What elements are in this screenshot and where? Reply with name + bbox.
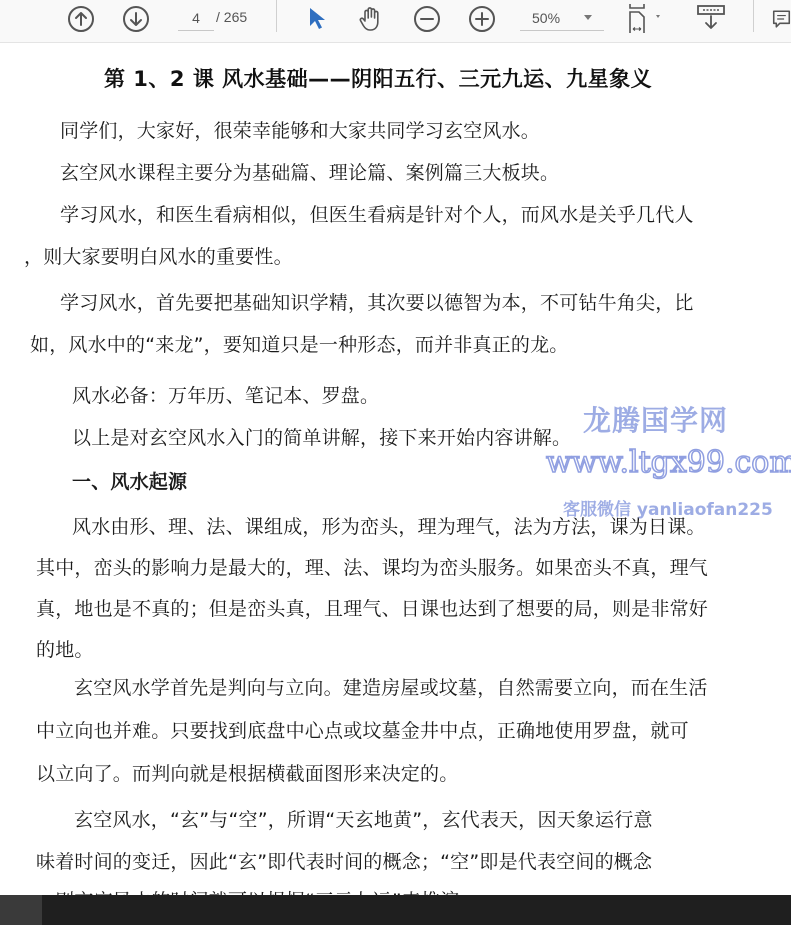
zoom-out-button[interactable] [412,4,442,34]
select-tool-button[interactable] [302,4,332,34]
zoom-in-button[interactable] [467,4,497,34]
paragraph-line: 学习风水，首先要把基础知识学精，其次要以德智为本，不可钻牛角尖，比 [60,288,694,315]
paragraph-line: 同学们，大家好，很荣幸能够和大家共同学习玄空风水。 [60,116,540,143]
taskbar [0,895,791,925]
paragraph-line: 真，地也是不真的；但是峦头真，且理气、日课也达到了想要的局，则是非常好 [36,594,708,621]
minus-circle-icon [413,5,441,33]
fit-page-button[interactable] [624,4,668,34]
toolbar-divider [753,0,754,32]
watermark-url: www.ltgx99.com [546,445,791,480]
comment-button[interactable] [772,4,791,34]
page-total-label: / 265 [216,9,247,25]
paragraph-line: 如，风水中的“来龙”，要知道只是一种形态，而并非真正的龙。 [30,330,569,357]
watermark-site-name: 龙腾国学网 [583,399,728,439]
hand-icon [357,5,385,33]
cursor-arrow-icon [306,6,328,32]
paragraph-line: 玄空风水学首先是判向与立向。建造房屋或坟墓，自然需要立向，而在生活 [74,673,708,700]
document-page: 第 1、2 课 风水基础——阴阳五行、三元九运、九星象义 同学们，大家好，很荣幸… [0,43,791,895]
arrow-down-circle-icon [122,5,150,33]
fit-width-icon [624,3,668,35]
taskbar-item[interactable] [0,895,42,925]
paragraph-line: 味着时间的变迁，因此“玄”即代表时间的概念；“空”即是代表空间的概念 [36,847,652,874]
comment-icon [772,6,791,32]
hand-tool-button[interactable] [356,4,386,34]
download-button[interactable] [694,4,728,34]
zoom-level-dropdown[interactable]: 50% [520,6,604,31]
paragraph-line: 其中，峦头的影响力是最大的，理、法、课均为峦头服务。如果峦头不真，理气 [36,553,708,580]
download-tray-icon [695,4,727,34]
page-number-input[interactable] [178,6,214,31]
arrow-up-circle-icon [67,5,95,33]
paragraph-line: 以上是对玄空风水入门的简单讲解，接下来开始内容讲解。 [72,423,571,450]
chevron-down-icon [584,15,592,20]
previous-page-button[interactable] [66,4,96,34]
paragraph-line: 以立向了。而判向就是根据横截面图形来决定的。 [36,759,458,786]
paragraph-line: 玄空风水课程主要分为基础篇、理论篇、案例篇三大板块。 [60,158,559,185]
paragraph-line: 学习风水，和医生看病相似，但医生看病是针对个人，而风水是关乎几代人 [60,200,694,227]
paragraph-line: 风水必备：万年历、笔记本、罗盘。 [72,381,379,408]
plus-circle-icon [468,5,496,33]
paragraph-line: 玄空风水，“玄”与“空”，所谓“天玄地黄”，玄代表天，因天象运行意 [74,805,653,832]
watermark-contact: 客服微信 yanliaofan225 [563,495,773,520]
paragraph-line: 的地。 [36,635,94,662]
next-page-button[interactable] [121,4,151,34]
paragraph-line: ，则大家要明白风水的重要性。 [24,242,293,269]
toolbar-divider [276,0,277,32]
pdf-toolbar: / 265 50% [0,0,791,43]
page-title: 第 1、2 课 风水基础——阴阳五行、三元九运、九星象义 [104,63,652,93]
section-heading: 一、风水起源 [72,467,187,494]
zoom-level-value: 50% [532,10,560,26]
paragraph-line: 中立向也并难。只要找到底盘中心点或坟墓金井中点，正确地使用罗盘，就可 [36,716,689,743]
